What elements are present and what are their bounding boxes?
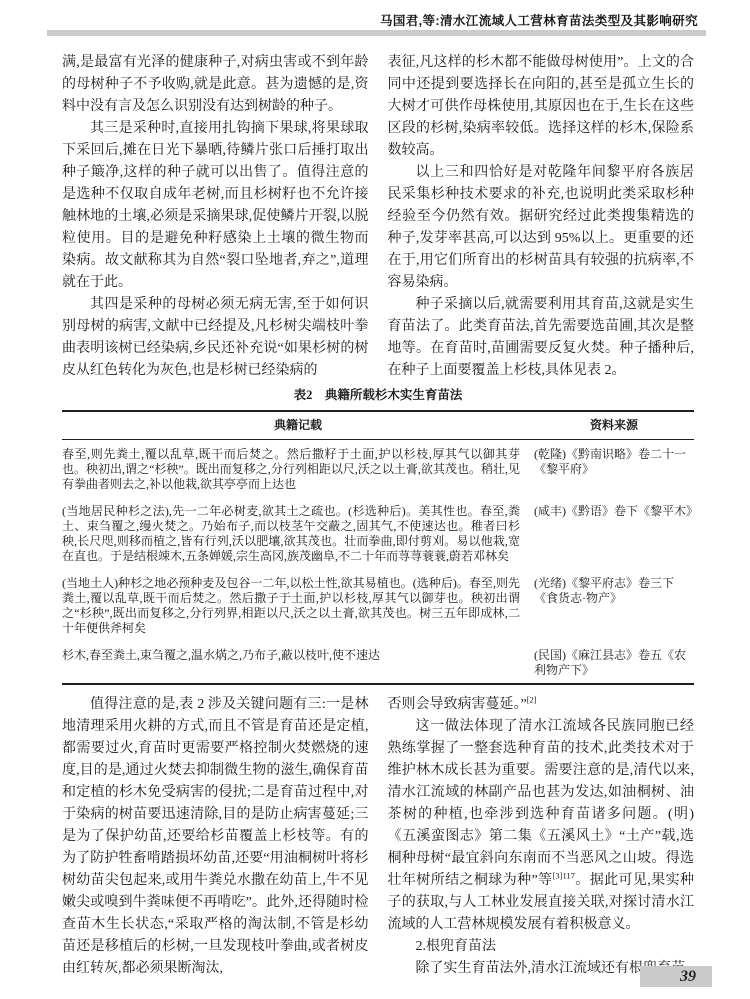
paragraph: 种子采摘以后,就需要利用其育苗,这就是实生育苗法了。此类育苗法,首先需要选苗圃,… <box>388 294 695 382</box>
record-cell: 杉木,春至粪土,束刍覆之,温水焫之,乃布子,蔽以枝叶,使不速达 <box>62 648 534 678</box>
paragraph-text: 这一做法体现了清水江流域各民族同胞已经熟练掌握了一整套选种育苗的技术,此类技术对… <box>388 719 695 888</box>
paragraph-text: 否则会导致病害蔓延。” <box>388 697 527 712</box>
record-cell: (当地土人)种杉之地必预种麦及包谷一二年,以松土性,欲其易植也。(选种后)。春至… <box>62 576 534 636</box>
paragraph: 满,是最富有光泽的健康种子,对病虫害或不到年龄的母树种子不予收购,就是此意。甚为… <box>62 52 369 118</box>
source-cell: (乾隆)《黔南识略》卷二十一《黎平府》 <box>534 447 694 492</box>
source-cell: (咸丰)《黔语》卷下《黎平木》 <box>534 504 694 564</box>
table-row: 春至,则先粪土,覆以乱草,既干而后焚之。然后撒籽于土面,护以杉枝,厚其气以御其芽… <box>62 440 694 497</box>
paper-page: 马国君,等:清水江流域人工营林育苗法类型及其影响研究 满,是最富有光泽的健康种子… <box>0 0 750 999</box>
bottom-left-column: 值得注意的是,表 2 涉及关键问题有三:一是林地清理采用火耕的方式,而且不管是育… <box>62 694 369 980</box>
running-head: 马国君,等:清水江流域人工营林育苗法类型及其影响研究 <box>380 11 698 29</box>
header-rule-bar <box>47 30 706 36</box>
column-header-source: 资料来源 <box>534 418 694 433</box>
table-row: (当地土人)种杉之地必预种麦及包谷一二年,以松土性,欲其易植也。(选种后)。春至… <box>62 569 694 641</box>
column-header-record: 典籍记载 <box>62 418 534 433</box>
table-2-section: 表2 典籍所载杉木实生育苗法 典籍记载 资料来源 春至,则先粪土,覆以乱草,既干… <box>62 388 694 685</box>
paragraph: 否则会导致病害蔓延。”[2] <box>388 694 695 716</box>
paragraph: 以上三和四恰好是对乾隆年间黎平府各族居民采集杉种技术要求的补充,也说明此类采取杉… <box>388 162 695 294</box>
table-header-row: 典籍记载 资料来源 <box>62 412 694 440</box>
paragraph: 其三是采种时,直接用扎钩摘下果球,将果球取下采回后,摊在日光下暴晒,待鳞片张口后… <box>62 118 369 294</box>
table-row: 杉木,春至粪土,束刍覆之,温水焫之,乃布子,蔽以枝叶,使不速达 (民国)《麻江县… <box>62 641 694 683</box>
table-row: (当地居民种杉之法),先一二年必树麦,欲其土之疏也。(杉选种后)。美其性也。春至… <box>62 497 694 569</box>
paragraph: 其四是采种的母树必须无病无害,至于如何识别母树的病害,文献中已经提及,凡杉树尖端… <box>62 294 369 382</box>
source-cell: (民国)《麻江县志》卷五《农利物产下》 <box>534 648 694 678</box>
bottom-right-column: 否则会导致病害蔓延。”[2] 这一做法体现了清水江流域各民族同胞已经熟练掌握了一… <box>388 694 695 980</box>
source-cell: (光绪)《黎平府志》卷三下《食货志·物产》 <box>534 576 694 636</box>
citation-marker: [3]117 <box>553 870 575 880</box>
page-number: 39 <box>680 966 712 987</box>
record-cell: (当地居民种杉之法),先一二年必树麦,欲其土之疏也。(杉选种后)。美其性也。春至… <box>62 504 534 564</box>
paragraph: 值得注意的是,表 2 涉及关键问题有三:一是林地清理采用火耕的方式,而且不管是育… <box>62 694 369 980</box>
top-columns: 满,是最富有光泽的健康种子,对病虫害或不到年龄的母树种子不予收购,就是此意。甚为… <box>62 52 694 382</box>
top-right-column: 表征,凡这样的杉木都不能做母树使用”。上文的合同中还提到要选择长在向阳的,甚至是… <box>388 52 695 382</box>
page-content: 满,是最富有光泽的健康种子,对病虫害或不到年龄的母树种子不予收购,就是此意。甚为… <box>62 52 694 980</box>
table-caption: 表2 典籍所载杉木实生育苗法 <box>62 388 694 403</box>
record-cell: 春至,则先粪土,覆以乱草,既干而后焚之。然后撒籽于土面,护以杉枝,厚其气以御其芽… <box>62 447 534 492</box>
top-left-column: 满,是最富有光泽的健康种子,对病虫害或不到年龄的母树种子不予收购,就是此意。甚为… <box>62 52 369 382</box>
subsection-heading: 2.根兜育苗法 <box>388 936 695 958</box>
paragraph: 表征,凡这样的杉木都不能做母树使用”。上文的合同中还提到要选择长在向阳的,甚至是… <box>388 52 695 162</box>
citation-marker: [2] <box>527 694 537 704</box>
page-number-bar: 39 <box>640 966 712 987</box>
table-2: 典籍记载 资料来源 春至,则先粪土,覆以乱草,既干而后焚之。然后撒籽于土面,护以… <box>62 410 694 685</box>
paragraph: 这一做法体现了清水江流域各民族同胞已经熟练掌握了一整套选种育苗的技术,此类技术对… <box>388 716 695 936</box>
bottom-columns: 值得注意的是,表 2 涉及关键问题有三:一是林地清理采用火耕的方式,而且不管是育… <box>62 694 694 980</box>
